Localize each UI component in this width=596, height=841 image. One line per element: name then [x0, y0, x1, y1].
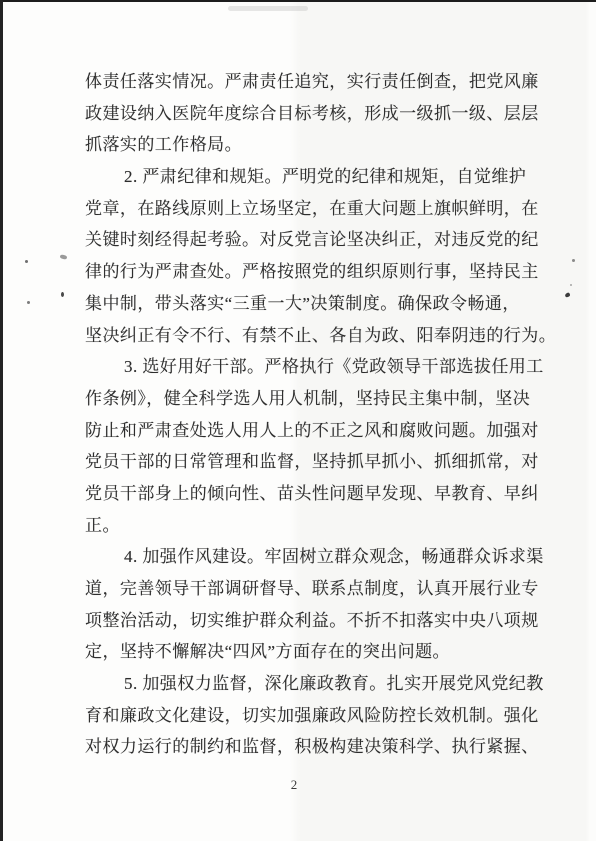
- text-line: 集中制，带头落实“三重一大”决策制度。确保政令畅通，: [85, 288, 555, 320]
- scan-edge-left: [0, 0, 3, 841]
- scan-edge-top: [0, 0, 596, 2]
- text-line: 关键时刻经得起考验。对反党言论坚决纠正，对违反党的纪: [85, 224, 555, 256]
- text-line: 正。: [85, 510, 555, 542]
- text-line: 育和廉政文化建设，切实加强廉政风险防控长效机制。强化: [85, 700, 555, 732]
- text-line: 律的行为严肃查处。严格按照党的组织原则行事，坚持民主: [85, 256, 555, 288]
- scan-smudge: [228, 6, 308, 11]
- scan-speck: [27, 301, 30, 304]
- text-line: 防止和严肃查处选人用人上的不正之风和腐败问题。加强对: [85, 415, 555, 447]
- scan-speck: [564, 292, 570, 298]
- document-body-text: 体责任落实情况。严肃责任追究，实行责任倒查，把党风廉 政建设纳入医院年度综合目标…: [85, 66, 555, 763]
- scan-speck: [572, 259, 575, 262]
- text-line: 道，完善领导干部调研督导、联系点制度，认真开展行业专: [85, 573, 555, 605]
- page-number: 2: [0, 776, 588, 794]
- scan-speck: [61, 292, 64, 297]
- text-line: 政建设纳入医院年度综合目标考核，形成一级抓一级、层层: [85, 98, 555, 130]
- text-line-paragraph-2-start: 2. 严肃纪律和规矩。严明党的纪律和规矩，自觉维护: [85, 161, 555, 193]
- text-line-paragraph-5-start: 5. 加强权力监督，深化廉政教育。扎实开展党风党纪教: [85, 668, 555, 700]
- text-line: 党员干部的日常管理和监督，坚持抓早抓小、抓细抓常，对: [85, 446, 555, 478]
- text-line-paragraph-4-start: 4. 加强作风建设。牢固树立群众观念，畅通群众诉求渠: [85, 541, 555, 573]
- text-line: 坚决纠正有令不行、有禁不止、各自为政、阳奉阴违的行为。: [85, 320, 555, 352]
- text-line: 体责任落实情况。严肃责任追究，实行责任倒查，把党风廉: [85, 66, 555, 98]
- text-line: 作条例》，健全科学选人用人机制，坚持民主集中制，坚决: [85, 383, 555, 415]
- text-line: 党员干部身上的倾向性、苗头性问题早发现、早教育、早纠: [85, 478, 555, 510]
- text-line-paragraph-3-start: 3. 选好用好干部。严格执行《党政领导干部选拔任用工: [85, 351, 555, 383]
- scanned-document-page: 体责任落实情况。严肃责任追究，实行责任倒查，把党风廉 政建设纳入医院年度综合目标…: [0, 0, 596, 841]
- text-line: 对权力运行的制约和监督，积极构建决策科学、执行紧握、: [85, 731, 555, 763]
- scan-speck: [60, 254, 68, 260]
- text-line: 项整治活动，切实维护群众利益。不折不扣落实中央八项规: [85, 605, 555, 637]
- text-line: 定，坚持不懈解决“四风”方面存在的突出问题。: [85, 636, 555, 668]
- text-line: 党章，在路线原则上立场坚定，在重大问题上旗帜鲜明，在: [85, 193, 555, 225]
- scan-speck: [25, 260, 28, 263]
- scan-speck: [570, 284, 572, 286]
- text-line: 抓落实的工作格局。: [85, 129, 555, 161]
